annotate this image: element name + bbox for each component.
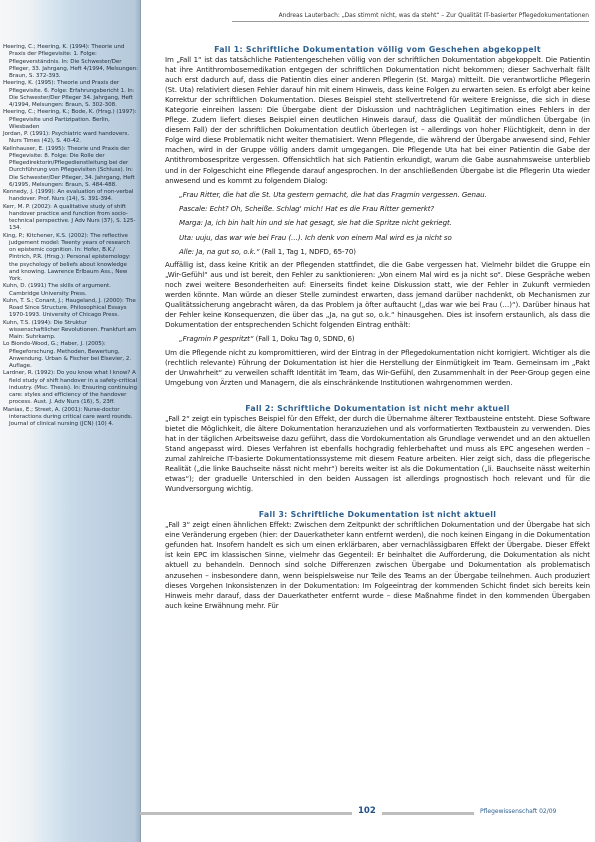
reference-item: Kellnhauser, E. (1995): Theorie und Prax…: [2, 146, 138, 190]
reference-list: Heering, C.; Heering, K. (1994): Theorie…: [2, 44, 138, 428]
reference-item: Lo Biondo-Wood, G.; Haber, J. (2005): Pf…: [2, 341, 138, 370]
reference-item: Heering, K. (1995): Theorie und Praxis d…: [2, 80, 138, 109]
dialog-line: Uta: uuju, das war wie bei Frau (…). Ich…: [165, 232, 590, 243]
paragraph: Im „Fall 1“ ist das tatsächliche Patient…: [165, 55, 590, 186]
reference-item: Jordan, P. (1991): Psychiatric ward hand…: [2, 131, 138, 146]
citation: (Fall 1, Doku Tag 0, SDND, 6): [253, 334, 354, 343]
documentation-entry: „Fragmin P gespritzt“ (Fall 1, Doku Tag …: [165, 333, 590, 344]
reference-item: Lardner, R. (1992): Do you know what I k…: [2, 370, 138, 406]
reference-item: Kennedy, J. (1999): An evaluation of non…: [2, 189, 138, 204]
reference-item: Kerr, M. P. (2002): A qualitative study …: [2, 204, 138, 233]
paragraph: „Fall 2“ zeigt ein typisches Beispiel fü…: [165, 414, 590, 494]
article-body: Fall 1: Schriftliche Dokumentation völli…: [165, 44, 590, 611]
footer-rule-right: [382, 812, 474, 815]
journal-name: Pflegewissenschaft 02/09: [480, 808, 556, 815]
reference-item: Heering, C.; Heering, K. (1994): Theorie…: [2, 44, 138, 80]
dialog-line: Pascale: Echt? Oh, Scheiße. Schlag' mich…: [165, 203, 590, 214]
section-heading-fall-3: Fall 3: Schriftliche Dokumentation ist n…: [165, 509, 590, 520]
reference-item: King, P.; Kitchener, K.S. (2002): The re…: [2, 233, 138, 284]
reference-item: Kuhn, T.S. (1994): Die Struktur wissensc…: [2, 320, 138, 342]
paragraph: „Fall 3“ zeigt einen ähnlichen Effekt: Z…: [165, 520, 590, 610]
entry-text: „Fragmin P gespritzt“: [179, 334, 253, 343]
dialog-text: Alle: Ja, na gut so, o.k.“: [179, 247, 259, 256]
references-sidebar: Heering, C.; Heering, K. (1994): Theorie…: [0, 0, 141, 842]
dialog-line: „Frau Ritter, die hat die St. Uta gester…: [165, 189, 590, 200]
reference-item: Kuhn, D. (1991) The skills of argument. …: [2, 283, 138, 298]
paragraph: Auffällig ist, dass keine Kritik an der …: [165, 260, 590, 330]
footer-rule-left: [140, 812, 352, 815]
dialog-line: Marga: Ja, ich bin halt hin und sie hat …: [165, 217, 590, 228]
reference-item: Kuhn, T. S.; Conant, J.; Haugeland, J. (…: [2, 298, 138, 320]
dialog-line-last: Alle: Ja, na gut so, o.k.“ (Fall 1, Tag …: [165, 246, 590, 257]
section-heading-fall-2: Fall 2: Schriftliche Dokumentation ist n…: [165, 403, 590, 414]
reference-item: Heering, C.; Heering, K.; Bode, K. (Hrsg…: [2, 109, 138, 131]
citation: (Fall 1, Tag 1, NDFD, 65-70): [259, 247, 356, 256]
paragraph: Um die Pflegende nicht zu kompromittiere…: [165, 348, 590, 388]
section-heading-fall-1: Fall 1: Schriftliche Dokumentation völli…: [165, 44, 590, 55]
reference-item: Manias, E.; Street, A. (2001): Nurse-doc…: [2, 407, 138, 429]
page-number: 102: [358, 806, 376, 816]
running-head: Andreas Lauterbach: „Das stimmt nicht, w…: [232, 12, 589, 22]
